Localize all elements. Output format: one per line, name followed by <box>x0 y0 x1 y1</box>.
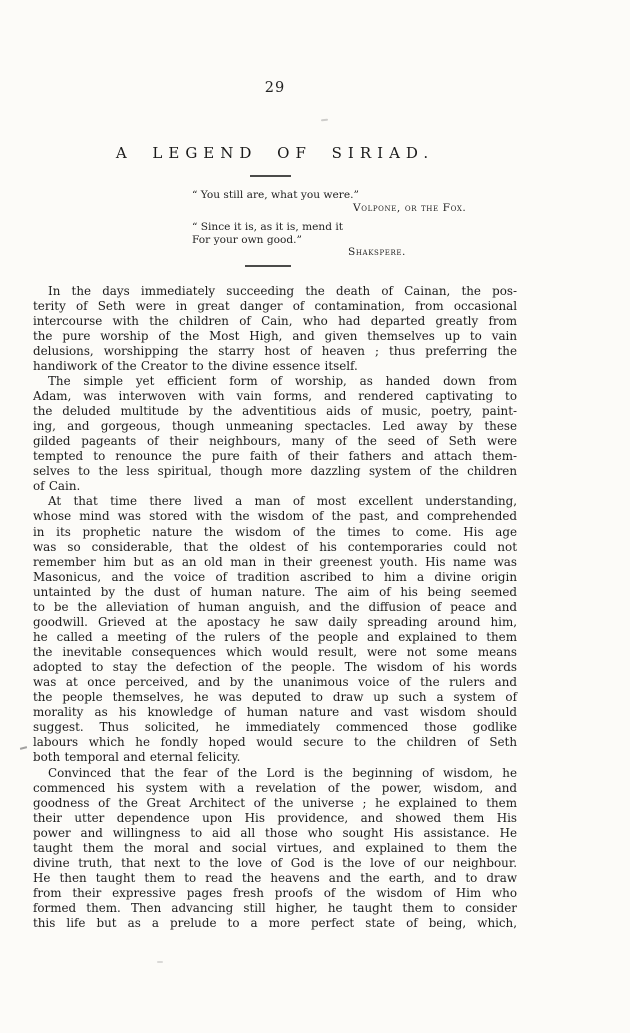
text-line: He then taught them to read the heavens … <box>33 871 517 886</box>
text-line: formed them. Then advancing still higher… <box>33 901 517 916</box>
text-line: Convinced that the fear of the Lord is t… <box>33 766 517 781</box>
text-line: in its prophetic nature the wisdom of th… <box>33 525 517 540</box>
print-smudge <box>321 119 328 122</box>
text-line: suggest. Thus solicited, he immediately … <box>33 720 517 735</box>
text-line: The simple yet efficient form of worship… <box>33 374 517 389</box>
text-line: At that time there lived a man of most e… <box>33 494 517 509</box>
text-line: the deluded multitude by the adventitiou… <box>33 404 517 419</box>
text-line: of Cain. <box>33 479 517 494</box>
paragraph: The simple yet efficient form of worship… <box>33 374 517 495</box>
text-line: delusions, worshipping the starry host o… <box>33 344 517 359</box>
text-line: Masonicus, and the voice of tradition as… <box>33 570 517 585</box>
article-body: In the days immediately succeeding the d… <box>33 284 517 932</box>
text-line: ing, and gorgeous, though unmeaning spec… <box>33 419 517 434</box>
paragraph: At that time there lived a man of most e… <box>33 494 517 765</box>
epigraph-quote-line: “ You still are, what you were.” <box>192 189 522 202</box>
text-line: taught them the moral and social virtues… <box>33 841 517 856</box>
text-line: labours which he fondly hoped would secu… <box>33 735 517 750</box>
text-line: Adam, was interwoven with vain forms, an… <box>33 389 517 404</box>
paragraph: Convinced that the fear of the Lord is t… <box>33 766 517 932</box>
text-line: from their expressive pages fresh proofs… <box>33 886 517 901</box>
text-line: this life but as a prelude to a more per… <box>33 916 517 931</box>
article-title: A LEGEND OF SIRIAD. <box>33 144 517 162</box>
text-line: tempted to renounce the pure faith of th… <box>33 449 517 464</box>
print-smudge <box>157 961 163 963</box>
text-line: power and willingness to aid all those w… <box>33 826 517 841</box>
epigraph-block: “ You still are, what you were.” Volpone… <box>192 189 522 214</box>
text-line: both temporal and eternal felicity. <box>33 750 517 765</box>
text-line: their utter dependence upon His providen… <box>33 811 517 826</box>
text-line: adopted to stay the defection of the peo… <box>33 660 517 675</box>
paragraph: In the days immediately succeeding the d… <box>33 284 517 374</box>
text-line: untainted by the dust of human nature. T… <box>33 585 517 600</box>
epigraph-divider-rule <box>245 265 291 267</box>
text-line: terity of Seth were in great danger of c… <box>33 299 517 314</box>
page-number: 29 <box>33 80 517 96</box>
margin-mark <box>20 746 27 750</box>
text-line: to be the alleviation of human anguish, … <box>33 600 517 615</box>
text-line: In the days immediately succeeding the d… <box>33 284 517 299</box>
text-line: was at once perceived, and by the unanim… <box>33 675 517 690</box>
epigraph-attribution: Volpone, or the Fox. <box>192 202 522 215</box>
text-line: he called a meeting of the rulers of the… <box>33 630 517 645</box>
text-line: gilded pageants of their neighbours, man… <box>33 434 517 449</box>
text-line: whose mind was stored with the wisdom of… <box>33 509 517 524</box>
text-line: handiwork of the Creator to the divine e… <box>33 359 517 374</box>
epigraph-quote-line: For your own good.” <box>192 234 522 247</box>
text-line: intercourse with the children of Cain, w… <box>33 314 517 329</box>
text-line: selves to the less spiritual, though mor… <box>33 464 517 479</box>
text-line: divine truth, that next to the love of G… <box>33 856 517 871</box>
text-line: remember him but as an old man in their … <box>33 555 517 570</box>
epigraph-attribution: Shakspere. <box>192 246 522 259</box>
text-line: the people themselves, he was deputed to… <box>33 690 517 705</box>
scanned-book-page: 29 A LEGEND OF SIRIAD. “ You still are, … <box>0 0 630 1033</box>
text-line: the inevitable consequences which would … <box>33 645 517 660</box>
text-line: morality as his knowledge of human natur… <box>33 705 517 720</box>
text-line: commenced his system with a revelation o… <box>33 781 517 796</box>
text-line: was so considerable, that the oldest of … <box>33 540 517 555</box>
text-line: the pure worship of the Most High, and g… <box>33 329 517 344</box>
text-line: goodwill. Grieved at the apostacy he saw… <box>33 615 517 630</box>
epigraph-quote-line: “ Since it is, as it is, mend it <box>192 221 522 234</box>
title-divider-rule <box>250 175 291 177</box>
text-line: goodness of the Great Architect of the u… <box>33 796 517 811</box>
epigraph-block: “ Since it is, as it is, mend it For you… <box>192 221 522 259</box>
